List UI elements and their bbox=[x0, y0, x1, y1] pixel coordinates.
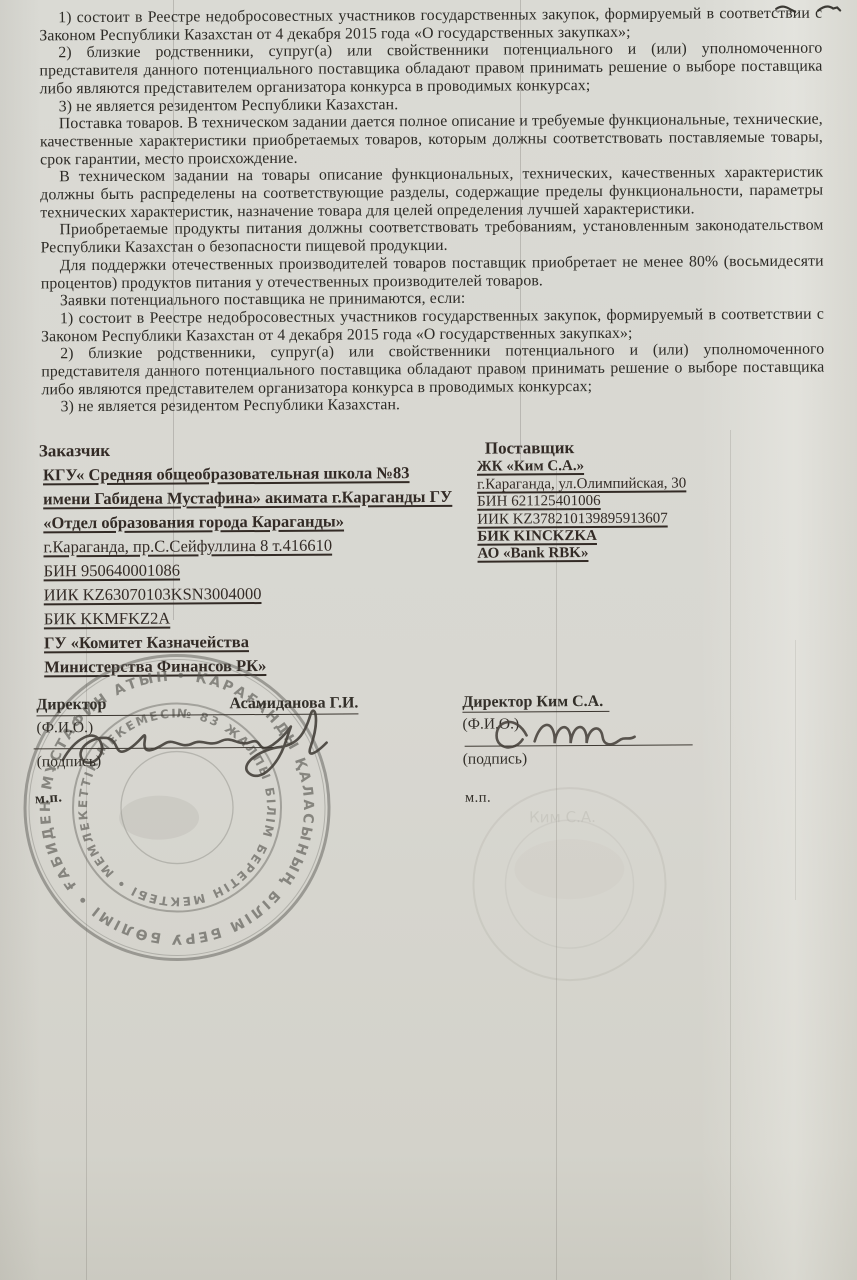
paragraph: Приобретаемые продукты питания должны со… bbox=[40, 217, 823, 257]
customer-address: г.Караганда, пр.С.Сейфуллина 8 т.416610 bbox=[39, 533, 479, 560]
supplier-name: ЖК «Ким С.А.» bbox=[477, 457, 827, 477]
paragraph: 2) близкие родственники, супруг(а) или с… bbox=[39, 40, 822, 98]
customer-role: Директор bbox=[36, 696, 106, 714]
customer-signature-block: Директор Асамиданова Г.И. (Ф.И.О.) (подп… bbox=[36, 694, 386, 737]
supplier-role: Директор Ким С.А. bbox=[462, 693, 609, 713]
customer-header: Заказчик bbox=[39, 437, 479, 464]
customer-details-block: Заказчик КГУ« Средняя общеобразовательна… bbox=[39, 437, 480, 680]
contract-body-text: 1) состоит в Реестре недобросовестных уч… bbox=[39, 5, 824, 417]
customer-line: имени Габидена Мустафина» акимата г.Кара… bbox=[39, 485, 479, 512]
podpis-label: (подпись) bbox=[463, 750, 527, 768]
customer-role-line: Директор Асамиданова Г.И. bbox=[36, 694, 358, 716]
paragraph: 2) близкие родственники, супруг(а) или с… bbox=[41, 341, 824, 399]
supplier-iik: ИИК KZ378210139895913607 bbox=[477, 509, 827, 529]
customer-treasury-line: Министерства Финансов РК» bbox=[40, 653, 480, 680]
mp-seal-label: м.п. bbox=[465, 790, 491, 807]
supplier-bin: БИН 621125401006 bbox=[477, 492, 827, 512]
paragraph: 1) состоит в Реестре недобросовестных уч… bbox=[39, 5, 822, 45]
customer-bin: БИН 950640001086 bbox=[40, 557, 480, 584]
fio-label: (Ф.И.О.) bbox=[462, 714, 792, 734]
signature-line bbox=[465, 744, 693, 746]
customer-treasury-line: ГУ «Комитет Казначейства bbox=[40, 629, 480, 656]
paragraph: В техническом задании на товары описание… bbox=[40, 164, 823, 222]
document-content: 1) состоит в Реестре недобросовестных уч… bbox=[0, 0, 857, 1280]
customer-bik: БИК KKMFKZ2A bbox=[40, 605, 480, 632]
paragraph: Поставка товаров. В техническом задании … bbox=[40, 111, 823, 169]
supplier-address: г.Караганда, ул.Олимпийская, 30 bbox=[477, 474, 827, 494]
customer-iik: ИИК KZ63070103KSN3004000 bbox=[40, 581, 480, 608]
podpis-label: (подпись) bbox=[37, 753, 101, 771]
paragraph: 1) состоит в Реестре недобросовестных уч… bbox=[41, 306, 824, 346]
signature-line bbox=[34, 747, 274, 749]
customer-line: КГУ« Средняя общеобразовательная школа №… bbox=[39, 461, 479, 488]
supplier-signature-block: Директор Ким С.А. (Ф.И.О.) (подпись) м.п… bbox=[462, 692, 792, 734]
supplier-details-block: Поставщик ЖК «Ким С.А.» г.Караганда, ул.… bbox=[477, 438, 828, 564]
supplier-bik: БИК KINCKZKA bbox=[477, 527, 827, 547]
fio-label: (Ф.И.О.) bbox=[36, 717, 386, 737]
customer-line: «Отдел образования города Караганды» bbox=[39, 509, 479, 536]
official-round-stamp: • КАРАҒАНДЫ ҚАЛАСЫНЫҢ БІЛІМ БЕРУ БӨЛІМІ … bbox=[8, 639, 346, 977]
supplier-bank: АО «Bank RBK» bbox=[477, 544, 827, 564]
paragraph: Для поддержки отечественных производител… bbox=[41, 252, 824, 292]
faint-supplier-stamp: Ким С.А. bbox=[459, 773, 680, 994]
customer-signer-name: Асамиданова Г.И. bbox=[229, 694, 358, 713]
supplier-header: Поставщик bbox=[477, 438, 827, 458]
scanned-contract-page: 1) состоит в Реестре недобросовестных уч… bbox=[0, 0, 857, 1280]
mp-seal-label: м.п. bbox=[34, 789, 63, 808]
faint-stamp-text: Ким С.А. bbox=[529, 808, 596, 826]
paragraph: 3) не является резидентом Республики Каз… bbox=[42, 394, 825, 416]
